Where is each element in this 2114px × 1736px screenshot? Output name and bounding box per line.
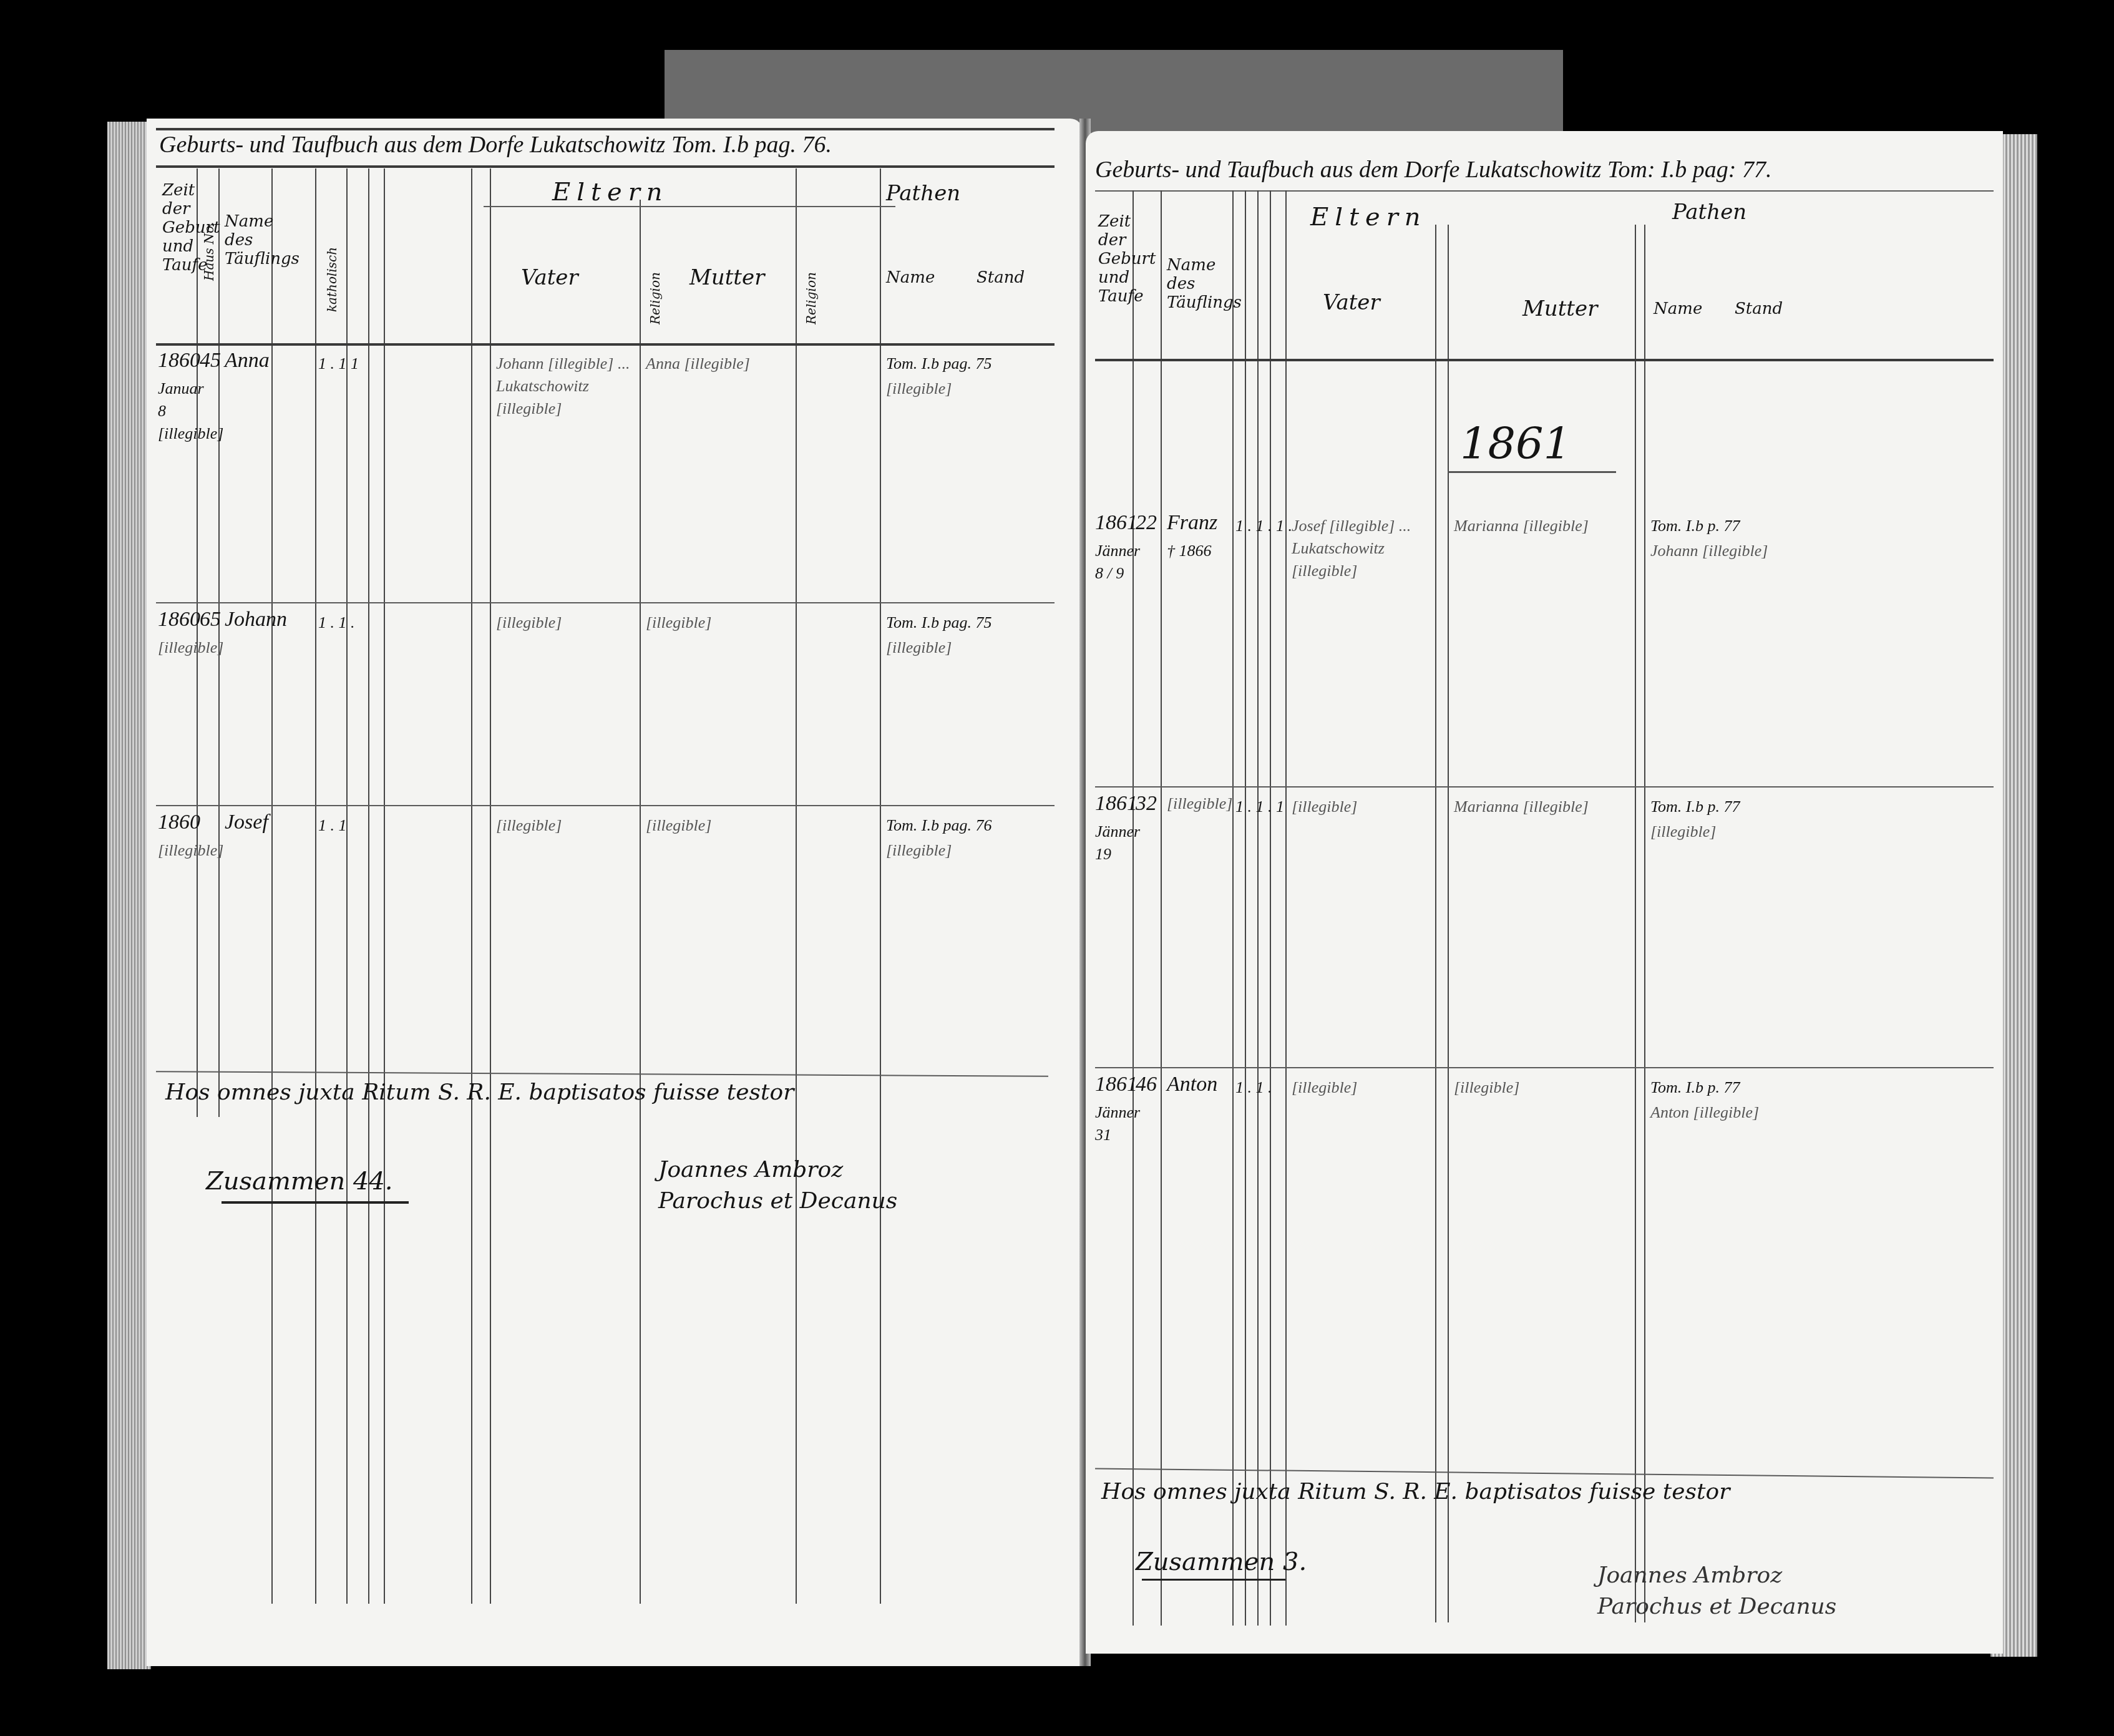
entry-child-name: Franz <box>1167 512 1217 534</box>
header-godparents-group: Pathen <box>886 184 960 203</box>
entry-child-name: Johann <box>225 608 287 631</box>
entry-godparents-ref: Tom. I.b pag. 75 <box>886 353 1061 375</box>
header-father: Vater <box>521 268 578 287</box>
priest-signature: Joannes Ambroz Parochus et Decanus <box>1597 1560 1836 1622</box>
entry-year: 1861 <box>1095 512 1137 534</box>
entry-date: Jänner 19 <box>1095 821 1132 866</box>
group-rule <box>484 206 895 207</box>
entry-year: 1860 <box>158 811 200 834</box>
entry-year: 1861 <box>1095 1073 1137 1096</box>
signature-name: Joannes Ambroz <box>658 1157 843 1183</box>
entry-marks: 1 . 1 . 1 <box>1235 796 1284 818</box>
entry-godparents-ref: Tom. I.b p. 77 <box>1650 796 1825 818</box>
closing-rule <box>156 1071 1048 1076</box>
header-godparents-group: Pathen <box>1672 203 1746 222</box>
entry-child-name: [illegible] <box>1167 792 1232 815</box>
header-mother: Mutter <box>689 268 764 287</box>
entry-father: [illegible] <box>1292 796 1429 818</box>
entry-mother: Anna [illegible] <box>646 353 789 375</box>
entry-year: 1861 <box>1095 792 1137 815</box>
priest-signature: Joannes Ambroz Parochus et Decanus <box>658 1154 897 1217</box>
entry-marks: 1 . 1 . 1 . <box>1235 515 1292 537</box>
left-page: Geburts- und Taufbuch aus dem Dorfe Luka… <box>147 119 1083 1666</box>
entry-mother: [illegible] <box>646 814 789 837</box>
entry-house-no: 22 <box>1136 512 1157 534</box>
header-religion-sex: katholisch <box>323 187 341 312</box>
header-house-no: Haus No. <box>200 187 218 281</box>
entry-divider <box>1095 786 1994 788</box>
entry-date: Januar 8 [illegible] <box>158 378 202 445</box>
entry-godparents: [illegible] <box>886 636 1061 659</box>
entry-date: [illegible] <box>158 839 202 862</box>
title-rule <box>1095 190 1994 192</box>
entry-child-note: † 1866 <box>1167 540 1212 562</box>
entry-marks: 1 . 1 <box>318 814 347 837</box>
page-title: Geburts- und Taufbuch aus dem Dorfe Luka… <box>1095 156 1771 183</box>
header-bottom-rule <box>156 343 1055 346</box>
entry-godparents: Johann [illegible] <box>1650 540 1825 562</box>
entry-godparents: [illegible] <box>886 839 1061 862</box>
entry-year: 1860 <box>158 608 200 631</box>
header-date: Zeit der Geburt und Taufe <box>162 181 200 275</box>
closing-rule <box>1095 1468 1994 1478</box>
signature-name: Joannes Ambroz <box>1597 1563 1782 1588</box>
entry-date: [illegible] <box>158 636 202 659</box>
register-entry: 1861 Jänner 19 32 [illegible] 1 . 1 . 1 … <box>1086 792 2003 1055</box>
closing-formula: Hos omnes juxta Ritum S. R. E. baptisato… <box>1101 1479 1730 1504</box>
entry-marks: 1 . 1 1 <box>318 353 359 375</box>
entry-godparents-ref: Tom. I.b pag. 75 <box>886 612 1061 634</box>
closing-formula: Hos omnes juxta Ritum S. R. E. baptisato… <box>165 1080 794 1105</box>
entry-godparents: Anton [illegible] <box>1650 1101 1825 1124</box>
header-godparent-name: Name <box>886 268 935 287</box>
entry-divider <box>1095 1067 1994 1068</box>
header-date: Zeit der Geburt und Taufe <box>1098 212 1132 306</box>
entry-godparents: [illegible] <box>886 378 1061 400</box>
entry-father: [illegible] <box>496 814 633 837</box>
entry-mother: Marianna [illegible] <box>1454 796 1629 818</box>
header-father: Vater <box>1323 293 1380 312</box>
register-entry: 1861 Jänner 31 46 Anton 1 . 1 . [illegib… <box>1086 1073 2003 1385</box>
header-godparent-name: Name <box>1654 300 1702 318</box>
signature-title: Parochus et Decanus <box>658 1188 897 1214</box>
entry-year: 1860 <box>158 349 200 372</box>
right-page: Geburts- und Taufbuch aus dem Dorfe Luka… <box>1086 131 2003 1654</box>
header-child-name: Name des Täuflings <box>225 212 271 268</box>
entry-mother: Marianna [illegible] <box>1454 515 1629 537</box>
entry-house-no: 32 <box>1136 792 1157 815</box>
entry-godparents-ref: Tom. I.b p. 77 <box>1650 515 1825 537</box>
top-rule <box>156 128 1055 130</box>
header-parents-group: Eltern <box>552 178 669 207</box>
entry-mother: [illegible] <box>646 612 789 634</box>
entry-divider <box>156 602 1055 603</box>
year-underline <box>1448 471 1616 473</box>
entry-total: Zusammen 3. <box>1136 1548 1307 1576</box>
title-rule <box>156 165 1055 168</box>
entry-godparents-ref: Tom. I.b p. 77 <box>1650 1076 1825 1099</box>
total-underline <box>1142 1579 1285 1581</box>
year-heading: 1861 <box>1460 418 1571 469</box>
entry-child-name: Anna <box>225 349 270 372</box>
entry-house-no: 45 <box>200 349 221 372</box>
entry-godparents-ref: Tom. I.b pag. 76 <box>886 814 1061 837</box>
register-entry: 1860 [illegible] Josef 1 . 1 [illegible]… <box>147 811 1083 1061</box>
entry-father: [illegible] <box>1292 1076 1429 1099</box>
register-entry: 1860 [illegible] 65 Johann 1 . 1 . [ille… <box>147 608 1083 802</box>
page-title: Geburts- und Taufbuch aus dem Dorfe Luka… <box>159 131 832 158</box>
entry-father: Johann [illegible] ... Lukatschowitz [il… <box>496 353 633 420</box>
header-father-religion: Religion <box>646 218 665 324</box>
entry-marks: 1 . 1 . <box>318 612 355 634</box>
entry-house-no: 46 <box>1136 1073 1157 1096</box>
entry-godparents: [illegible] <box>1650 821 1825 843</box>
entry-mother: [illegible] <box>1454 1076 1629 1099</box>
entry-child-name: Anton <box>1167 1073 1217 1096</box>
signature-title: Parochus et Decanus <box>1597 1594 1836 1619</box>
header-bottom-rule <box>1095 359 1994 361</box>
entry-father: [illegible] <box>496 612 633 634</box>
header-parents-group: Eltern <box>1310 203 1427 232</box>
register-entry: 1861 Jänner 8 / 9 22 Franz † 1866 1 . 1 … <box>1086 512 2003 774</box>
header-godparent-status: Stand <box>977 268 1025 287</box>
entry-child-name: Josef <box>225 811 268 834</box>
book-page-edges-left <box>107 122 151 1669</box>
entry-divider <box>156 805 1055 806</box>
entry-house-no: 65 <box>200 608 221 631</box>
entry-date: Jänner 8 / 9 <box>1095 540 1132 585</box>
header-child-name: Name des Täuflings <box>1167 256 1223 312</box>
register-entry: 1860 Januar 8 [illegible] 45 Anna 1 . 1 … <box>147 349 1083 599</box>
entry-father: Josef [illegible] ... Lukatschowitz [ill… <box>1292 515 1429 582</box>
header-godparent-status: Stand <box>1735 300 1783 318</box>
entry-total: Zusammen 44. <box>206 1167 393 1196</box>
entry-date: Jänner 31 <box>1095 1101 1132 1146</box>
header-mother-religion: Religion <box>802 218 821 324</box>
total-underline <box>222 1201 409 1204</box>
header-mother: Mutter <box>1522 300 1597 318</box>
entry-marks: 1 . 1 . <box>1235 1076 1272 1099</box>
